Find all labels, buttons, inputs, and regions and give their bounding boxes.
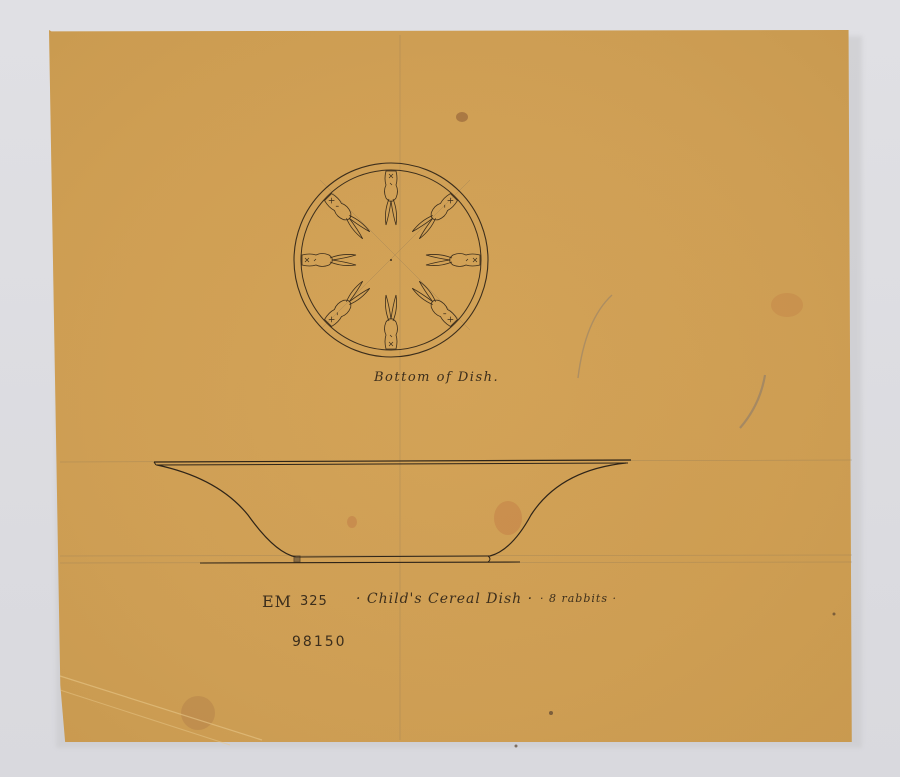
construction-lines	[60, 35, 852, 740]
drawing-layer	[0, 0, 900, 777]
elevation-view-dish-profile	[154, 460, 631, 563]
plan-view-caption: Bottom of Dish.	[374, 370, 499, 385]
maker-mark: EM	[262, 592, 292, 611]
plan-view-bottom-of-dish	[294, 163, 488, 357]
specks	[515, 613, 836, 748]
inventory-number: 98150	[292, 634, 347, 650]
motif-note: · 8 rabbits ·	[540, 592, 617, 605]
model-number: 325	[300, 594, 328, 609]
drawing-title: · Child's Cereal Dish ·	[356, 591, 533, 607]
stains	[60, 112, 803, 745]
